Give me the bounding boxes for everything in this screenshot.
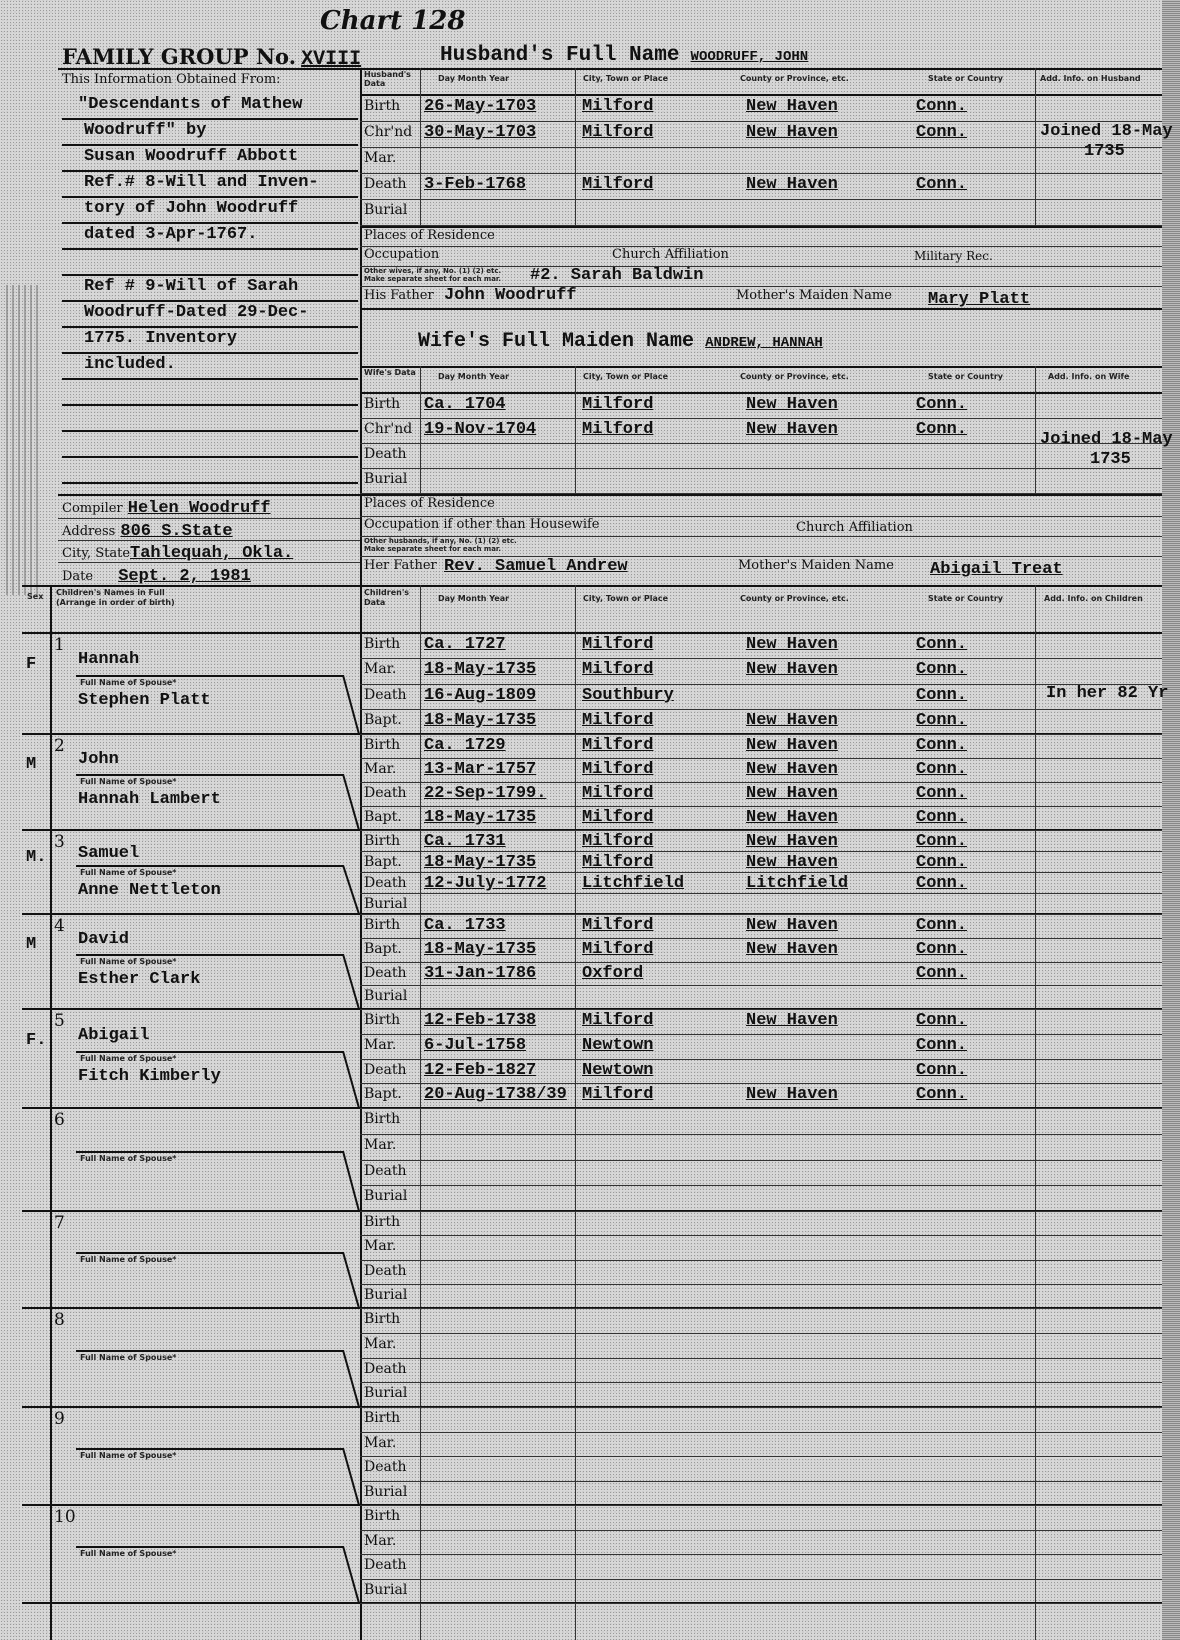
event-row: Mar. — [360, 1134, 1162, 1161]
address-line: Address 806 S.State — [62, 520, 233, 541]
event-state: Conn. — [916, 686, 967, 705]
event-city: Milford — [582, 635, 653, 654]
event-label: Death — [364, 875, 407, 891]
child-name: John — [78, 750, 119, 769]
event-city: Milford — [582, 1011, 653, 1030]
spouse-label: Full Name of Spouse* — [80, 678, 176, 687]
source-line — [62, 378, 358, 406]
child-number: 5 — [54, 1011, 65, 1031]
event-date: 6-Jul-1758 — [424, 1036, 526, 1055]
event-state: Conn. — [916, 853, 967, 872]
event-city: Southbury — [582, 686, 674, 705]
event-label: Birth — [364, 833, 400, 849]
event-row: Death — [360, 1358, 1162, 1384]
event-county: New Haven — [746, 1011, 838, 1030]
wife-add-info-2: 1735 — [1090, 450, 1131, 469]
event-state: Conn. — [916, 940, 967, 959]
event-city: Milford — [582, 97, 653, 116]
city-state: Tahlequah, Okla. — [130, 544, 293, 563]
event-state: Conn. — [916, 736, 967, 755]
event-label: Birth — [364, 636, 400, 652]
event-state: Conn. — [916, 874, 967, 893]
event-label: Bapt. — [364, 941, 402, 957]
event-row: Death3-Feb-1768MilfordNew HavenConn. — [360, 173, 1162, 200]
event-date: Ca. 1731 — [424, 832, 506, 851]
spouse-name: Esther Clark — [78, 970, 200, 989]
source-line: included. — [62, 352, 358, 380]
chart-note: Chart 128 — [320, 6, 465, 36]
event-row: Mar.6-Jul-1758NewtownConn. — [360, 1034, 1162, 1060]
event-label: Birth — [364, 396, 400, 412]
his-father: John Woodruff — [444, 286, 577, 305]
spouse-name: Stephen Platt — [78, 691, 211, 710]
other-husbands-label: Other husbands, if any, No. (1) (2) etc.… — [364, 537, 517, 553]
event-county: New Haven — [746, 736, 838, 755]
child-number: 6 — [54, 1110, 65, 1130]
event-state: Conn. — [916, 123, 967, 142]
children-names-header: Children's Names in Full(Arrange in orde… — [56, 588, 175, 608]
event-label: Mar. — [364, 1037, 396, 1053]
event-city: Milford — [582, 175, 653, 194]
event-date: 18-May-1735 — [424, 853, 536, 872]
event-city: Milford — [582, 784, 653, 803]
event-city: Milford — [582, 832, 653, 851]
husband-add-info-2: 1735 — [1084, 142, 1125, 161]
event-county: New Haven — [746, 660, 838, 679]
event-county: New Haven — [746, 635, 838, 654]
child-name: Abigail — [78, 1026, 149, 1045]
event-row: Mar. — [360, 1530, 1162, 1556]
event-date: 19-Nov-1704 — [424, 420, 536, 439]
event-label: Mar. — [364, 1238, 396, 1254]
event-label: Death — [364, 1361, 407, 1377]
event-state: Conn. — [916, 760, 967, 779]
event-label: Death — [364, 687, 407, 703]
event-row: Birth — [360, 1505, 1162, 1531]
event-state: Conn. — [916, 420, 967, 439]
source-line — [62, 430, 358, 458]
dmy-header: Day Month Year — [438, 74, 509, 83]
husband-occupation-label: Occupation — [364, 247, 439, 262]
event-city: Milford — [582, 660, 653, 679]
event-label: Burial — [364, 1385, 407, 1401]
event-label: Death — [364, 1459, 407, 1475]
child-number: 4 — [54, 916, 65, 936]
husband-full-name-label: Husband's Full Name — [440, 44, 679, 67]
event-date: 13-Mar-1757 — [424, 760, 536, 779]
spouse-label: Full Name of Spouse* — [80, 1353, 176, 1362]
child-number: 9 — [54, 1409, 65, 1429]
event-row: Burial — [360, 199, 1162, 226]
event-city: Milford — [582, 1085, 653, 1104]
event-city: Milford — [582, 760, 653, 779]
event-row: Death12-Feb-1827NewtownConn. — [360, 1059, 1162, 1085]
child-sex: F. — [26, 1031, 46, 1050]
child-number: 3 — [54, 832, 65, 852]
event-date: 18-May-1735 — [424, 711, 536, 730]
event-row: Burial — [360, 1284, 1162, 1309]
event-row: Birth — [360, 1211, 1162, 1236]
event-city: Milford — [582, 853, 653, 872]
event-row: Mar. — [360, 147, 1162, 174]
event-state: Conn. — [916, 832, 967, 851]
event-row: Bapt.18-May-1735MilfordNew HavenConn. — [360, 806, 1162, 831]
event-label: Death — [364, 785, 407, 801]
child-county-header: County or Province, etc. — [740, 594, 849, 603]
event-label: Burial — [364, 1188, 407, 1204]
his-father-label: His Father — [364, 288, 434, 303]
event-county: New Haven — [746, 395, 838, 414]
source-line: dated 3-Apr-1767. — [62, 222, 358, 250]
event-state: Conn. — [916, 1085, 967, 1104]
event-label: Mar. — [364, 1435, 396, 1451]
event-label: Death — [364, 446, 407, 462]
event-row: BirthCa. 1727MilfordNew HavenConn. — [360, 633, 1162, 659]
source-line: Woodruff" by — [62, 118, 358, 146]
event-date: 18-May-1735 — [424, 660, 536, 679]
event-label: Bapt. — [364, 809, 402, 825]
event-row: Mar. — [360, 1333, 1162, 1359]
event-county: New Haven — [746, 940, 838, 959]
event-label: Burial — [364, 202, 407, 218]
event-row: BirthCa. 1704MilfordNew HavenConn. — [360, 393, 1162, 419]
event-label: Birth — [364, 1214, 400, 1230]
spouse-label: Full Name of Spouse* — [80, 1255, 176, 1264]
other-wives: #2. Sarah Baldwin — [530, 266, 703, 285]
event-county: Litchfield — [746, 874, 848, 893]
event-date: 12-July-1772 — [424, 874, 546, 893]
event-date: 30-May-1703 — [424, 123, 536, 142]
county-header: County or Province, etc. — [740, 74, 849, 83]
event-county: New Haven — [746, 784, 838, 803]
event-row: Death31-Jan-1786OxfordConn. — [360, 962, 1162, 987]
event-label: Death — [364, 1062, 407, 1078]
event-row: Bapt.18-May-1735MilfordNew HavenConn. — [360, 851, 1162, 873]
event-city: Litchfield — [582, 874, 684, 893]
event-label: Birth — [364, 1311, 400, 1327]
event-county: New Haven — [746, 1085, 838, 1104]
child-sex: F — [26, 655, 36, 674]
wife-dmy-header: Day Month Year — [438, 372, 509, 381]
event-city: Milford — [582, 736, 653, 755]
event-date: 18-May-1735 — [424, 940, 536, 959]
event-county: New Haven — [746, 832, 838, 851]
husband-military-label: Military Rec. — [914, 249, 993, 263]
date: Sept. 2, 1981 — [118, 567, 251, 586]
event-label: Birth — [364, 1012, 400, 1028]
child-name: Samuel — [78, 844, 139, 863]
wife-full-name-label: Wife's Full Maiden Name — [418, 330, 694, 353]
child-city-header: City, Town or Place — [583, 594, 668, 603]
event-label: Birth — [364, 1410, 400, 1426]
source-line: Susan Woodruff Abbott — [62, 144, 358, 172]
side-margin-text — [6, 285, 42, 595]
add-info-husband-header: Add. Info. on Husband — [1040, 74, 1141, 83]
address: 806 S.State — [120, 522, 232, 541]
source-line: Woodruff-Dated 29-Dec- — [62, 300, 358, 328]
event-row: Burial — [360, 893, 1162, 915]
source-line: Ref.# 8-Will and Inven- — [62, 170, 358, 198]
event-row: Burial — [360, 468, 1162, 494]
event-row: Death — [360, 1160, 1162, 1187]
event-state: Conn. — [916, 1036, 967, 1055]
event-label: Burial — [364, 1484, 407, 1500]
event-row: Mar.18-May-1735MilfordNew HavenConn. — [360, 658, 1162, 684]
event-label: Death — [364, 1263, 407, 1279]
event-row: Burial — [360, 1579, 1162, 1605]
event-row: Death16-Aug-1809SouthburyConn. — [360, 684, 1162, 710]
her-father: Rev. Samuel Andrew — [444, 557, 628, 576]
event-label: Birth — [364, 1111, 400, 1127]
event-date: 22-Sep-1799. — [424, 784, 546, 803]
event-label: Death — [364, 1163, 407, 1179]
event-county: New Haven — [746, 916, 838, 935]
husband-church-label: Church Affiliation — [612, 247, 729, 262]
spouse-name: Anne Nettleton — [78, 881, 221, 900]
add-info-children-header: Add. Info. on Children — [1044, 594, 1143, 603]
event-label: Burial — [364, 1287, 407, 1303]
event-date: 12-Feb-1738 — [424, 1011, 536, 1030]
event-row: Burial — [360, 1481, 1162, 1507]
event-state: Conn. — [916, 808, 967, 827]
source-line: tory of John Woodruff — [62, 196, 358, 224]
wife-full-name: ANDREW, HANNAH — [705, 335, 823, 351]
her-mother: Abigail Treat — [930, 560, 1063, 579]
event-date: Ca. 1727 — [424, 635, 506, 654]
children-data-header: Children's Data — [364, 588, 414, 608]
child-dmy-header: Day Month Year — [438, 594, 509, 603]
event-label: Mar. — [364, 150, 396, 166]
event-label: Mar. — [364, 661, 396, 677]
husband-add-info-1: Joined 18-May — [1040, 122, 1173, 141]
event-row: BirthCa. 1731MilfordNew HavenConn. — [360, 830, 1162, 852]
sex-header: Sex — [27, 592, 43, 601]
event-county: New Haven — [746, 97, 838, 116]
event-label: Birth — [364, 737, 400, 753]
event-date: 20-Aug-1738/39 — [424, 1085, 567, 1104]
form-title: FAMILY GROUP No. — [62, 44, 296, 69]
event-row: BirthCa. 1729MilfordNew HavenConn. — [360, 734, 1162, 759]
event-county: New Haven — [746, 760, 838, 779]
event-city: Milford — [582, 420, 653, 439]
wife-state-header: State or Country — [928, 372, 1003, 381]
event-label: Burial — [364, 1582, 407, 1598]
event-state: Conn. — [916, 635, 967, 654]
event-row: Bapt.18-May-1735MilfordNew HavenConn. — [360, 938, 1162, 963]
child-name: Hannah — [78, 650, 139, 669]
event-state: Conn. — [916, 97, 967, 116]
event-date: Ca. 1733 — [424, 916, 506, 935]
husband-residence-label: Places of Residence — [364, 228, 495, 243]
event-row: Bapt.18-May-1735MilfordNew HavenConn. — [360, 709, 1162, 735]
spouse-label: Full Name of Spouse* — [80, 1549, 176, 1558]
event-label: Burial — [364, 896, 407, 912]
event-date: 12-Feb-1827 — [424, 1061, 536, 1080]
event-date: 26-May-1703 — [424, 97, 536, 116]
event-row: Death12-July-1772LitchfieldLitchfieldCon… — [360, 872, 1162, 894]
scan-edge — [1162, 0, 1180, 1640]
city-header: City, Town or Place — [583, 74, 668, 83]
form-header: FAMILY GROUP No. XVIII — [62, 44, 361, 71]
date-line: Date Sept. 2, 1981 — [62, 565, 251, 586]
spouse-label: Full Name of Spouse* — [80, 777, 176, 786]
event-state: Conn. — [916, 1061, 967, 1080]
event-label: Bapt. — [364, 712, 402, 728]
event-date: 18-May-1735 — [424, 808, 536, 827]
child-sex: M — [26, 935, 36, 954]
his-mother: Mary Platt — [928, 290, 1030, 309]
event-city: Milford — [582, 916, 653, 935]
event-state: Conn. — [916, 175, 967, 194]
her-mother-label: Mother's Maiden Name — [738, 558, 894, 573]
event-state: Conn. — [916, 916, 967, 935]
event-row: Death — [360, 1456, 1162, 1482]
spouse-label: Full Name of Spouse* — [80, 1451, 176, 1460]
state-header: State or Country — [928, 74, 1003, 83]
source-line: "Descendants of Mathew — [62, 92, 358, 120]
event-county: New Haven — [746, 123, 838, 142]
husband-data-header: Husband's Data — [364, 70, 416, 88]
compiler: Helen Woodruff — [128, 499, 271, 518]
event-county: New Haven — [746, 175, 838, 194]
spouse-label: Full Name of Spouse* — [80, 957, 176, 966]
source-line — [62, 456, 358, 484]
spouse-label: Full Name of Spouse* — [80, 868, 176, 877]
wife-occupation-label: Occupation if other than Housewife — [364, 517, 600, 532]
source-line — [62, 404, 358, 432]
compiler-line: Compiler Helen Woodruff — [62, 497, 271, 518]
event-row: Mar.13-Mar-1757MilfordNew HavenConn. — [360, 758, 1162, 783]
event-row: Birth12-Feb-1738MilfordNew HavenConn. — [360, 1009, 1162, 1035]
event-state: Conn. — [916, 784, 967, 803]
event-state: Conn. — [916, 964, 967, 983]
event-date: Ca. 1729 — [424, 736, 506, 755]
event-county: New Haven — [746, 711, 838, 730]
event-label: Death — [364, 176, 407, 192]
wife-city-header: City, Town or Place — [583, 372, 668, 381]
spouse-label: Full Name of Spouse* — [80, 1154, 176, 1163]
event-date: 31-Jan-1786 — [424, 964, 536, 983]
event-city: Newtown — [582, 1036, 653, 1055]
event-label: Birth — [364, 98, 400, 114]
child-state-header: State or Country — [928, 594, 1003, 603]
event-row: Death — [360, 1260, 1162, 1285]
add-info-wife-header: Add. Info. on Wife — [1048, 372, 1129, 381]
child-number: 10 — [54, 1507, 76, 1527]
event-city: Milford — [582, 808, 653, 827]
event-label: Chr'nd — [364, 421, 412, 437]
source-line: Ref # 9-Will of Sarah — [62, 274, 358, 302]
wife-county-header: County or Province, etc. — [740, 372, 849, 381]
event-label: Burial — [364, 471, 407, 487]
wife-add-info-1: Joined 18-May — [1040, 430, 1173, 449]
wife-church-label: Church Affiliation — [796, 520, 913, 535]
event-city: Milford — [582, 123, 653, 142]
wife-data-header: Wife's Data — [364, 368, 416, 377]
spouse-name: Hannah Lambert — [78, 790, 221, 809]
event-row: Birth — [360, 1407, 1162, 1433]
info-obtained-label: This Information Obtained From: — [62, 72, 281, 87]
event-label: Bapt. — [364, 1086, 402, 1102]
his-mother-label: Mother's Maiden Name — [736, 288, 892, 303]
spouse-label: Full Name of Spouse* — [80, 1054, 176, 1063]
event-row: Birth26-May-1703MilfordNew HavenConn. — [360, 95, 1162, 122]
child-number: 2 — [54, 736, 65, 756]
event-label: Mar. — [364, 761, 396, 777]
other-wives-label: Other wives, if any, No. (1) (2) etc.Mak… — [364, 267, 501, 283]
wife-name-line: Wife's Full Maiden Name ANDREW, HANNAH — [418, 330, 823, 353]
event-row: Burial — [360, 985, 1162, 1010]
city-state-line: City, StateTahlequah, Okla. — [62, 542, 293, 563]
event-state: Conn. — [916, 711, 967, 730]
event-row: Mar. — [360, 1235, 1162, 1260]
event-label: Death — [364, 965, 407, 981]
event-label: Birth — [364, 917, 400, 933]
event-date: 3-Feb-1768 — [424, 175, 526, 194]
source-line — [62, 248, 358, 276]
event-label: Mar. — [364, 1533, 396, 1549]
event-date: 16-Aug-1809 — [424, 686, 536, 705]
child-name: David — [78, 930, 129, 949]
event-county: New Haven — [746, 853, 838, 872]
event-label: Chr'nd — [364, 124, 412, 140]
spouse-name: Fitch Kimberly — [78, 1067, 221, 1086]
husband-name-line: Husband's Full Name WOODRUFF, JOHN — [440, 44, 808, 67]
source-line: 1775. Inventory — [62, 326, 358, 354]
child-sex: M. — [26, 848, 46, 867]
event-date: Ca. 1704 — [424, 395, 506, 414]
wife-residence-label: Places of Residence — [364, 496, 495, 511]
event-label: Mar. — [364, 1336, 396, 1352]
event-city: Oxford — [582, 964, 643, 983]
event-label: Bapt. — [364, 854, 402, 870]
event-row: Death22-Sep-1799.MilfordNew HavenConn. — [360, 782, 1162, 807]
event-row: Birth — [360, 1308, 1162, 1334]
event-state: Conn. — [916, 660, 967, 679]
event-city: Milford — [582, 940, 653, 959]
event-label: Death — [364, 1557, 407, 1573]
event-county: New Haven — [746, 808, 838, 827]
her-father-label: Her Father — [364, 558, 437, 573]
event-label: Mar. — [364, 1137, 396, 1153]
event-county: New Haven — [746, 420, 838, 439]
event-label: Birth — [364, 1508, 400, 1524]
event-row: Mar. — [360, 1432, 1162, 1458]
event-state: Conn. — [916, 1011, 967, 1030]
event-city: Milford — [582, 395, 653, 414]
event-label: Burial — [364, 988, 407, 1004]
event-row: BirthCa. 1733MilfordNew HavenConn. — [360, 914, 1162, 939]
child-sex: M — [26, 755, 36, 774]
event-city: Milford — [582, 711, 653, 730]
event-row: Death — [360, 1554, 1162, 1580]
event-row: Burial — [360, 1185, 1162, 1212]
child-number: 1 — [54, 635, 65, 655]
child-number: 8 — [54, 1310, 65, 1330]
event-row: Bapt.20-Aug-1738/39MilfordNew HavenConn. — [360, 1083, 1162, 1109]
event-row: Burial — [360, 1382, 1162, 1408]
child-number: 7 — [54, 1213, 65, 1233]
event-row: Birth — [360, 1108, 1162, 1135]
event-city: Newtown — [582, 1061, 653, 1080]
event-state: Conn. — [916, 395, 967, 414]
husband-full-name: WOODRUFF, JOHN — [691, 49, 809, 65]
